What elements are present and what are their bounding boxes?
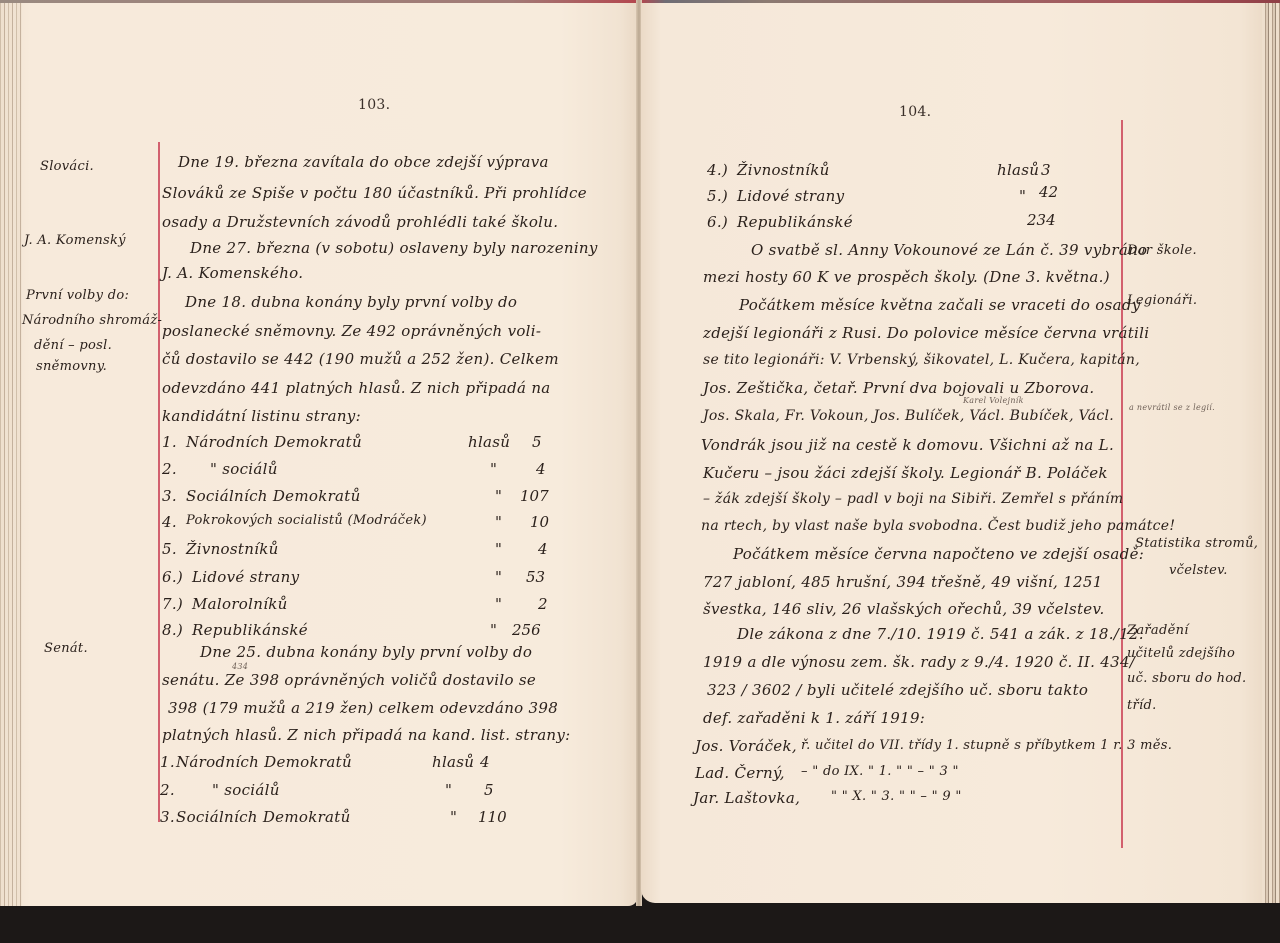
body-line: 1919 a dle výnosu zem. šk. rady z 9./4. …: [703, 653, 1135, 671]
result-party: Sociálních Demokratů: [186, 487, 361, 505]
result-no: 6.): [707, 213, 728, 231]
teacher-name: Jar. Laštovka,: [693, 789, 800, 807]
margin-note-volby-2: Národního shromáž-: [22, 313, 162, 328]
body-line: Kučeru – jsou žáci zdejší školy. Legioná…: [703, 464, 1108, 482]
result-no: 8.): [162, 621, 183, 639]
result-no: 5.): [707, 187, 728, 205]
margin-note-volby-4: sněmovny.: [36, 359, 107, 374]
result-votes: 10: [530, 513, 549, 531]
result-votes: 42: [1039, 183, 1058, 201]
teacher-name: Jos. Voráček,: [695, 737, 797, 755]
senate-line: senátu. Ze 398 oprávněných voličů dostav…: [162, 671, 536, 689]
result-party: Malorolníků: [192, 595, 288, 613]
result-votes: 234: [1027, 211, 1056, 229]
result-label: hlasů: [432, 753, 474, 771]
body-line: 727 jabloní, 485 hrušní, 394 třešně, 49 …: [703, 573, 1103, 591]
result-party: " sociálů: [210, 460, 278, 478]
result-no: 6.): [162, 568, 183, 586]
margin-note-dar-skole: Dar škole.: [1127, 243, 1197, 258]
result-party: Lidové strany: [192, 568, 299, 586]
body-line: – žák zdejší školy – padl v boji na Sibi…: [703, 491, 1123, 507]
body-line: O svatbě sl. Anny Vokounové ze Lán č. 39…: [751, 241, 1147, 259]
result-votes: 53: [526, 568, 545, 586]
body-line: 323 / 3602 / byli učitelé zdejšího uč. s…: [707, 681, 1088, 699]
senate-line: Dne 25. dubna konány byly první volby do: [200, 643, 532, 661]
page-number-right: 104.: [899, 104, 931, 120]
margin-note-zaradeni-1: Zařadění: [1127, 623, 1189, 638]
margin-note-komensky: J. A. Komenský: [24, 233, 126, 248]
result-no: 2.: [162, 460, 177, 478]
body-line: Dne 27. března (v sobotu) oslaveny byly …: [190, 239, 598, 257]
result-votes: 4: [536, 460, 546, 478]
page-stack-edge-left: [0, 3, 22, 906]
result-label: ": [490, 621, 497, 639]
result-votes: 5: [532, 433, 542, 451]
result-label: ": [450, 808, 457, 826]
page-number-left: 103.: [358, 97, 390, 113]
result-label: ": [495, 513, 502, 531]
result-no: 3.: [162, 487, 177, 505]
body-line: Vondrák jsou již na cestě k domovu. Všic…: [701, 436, 1114, 454]
result-no: 2.: [160, 781, 175, 799]
result-no: 4.): [707, 161, 728, 179]
body-line: def. zařaděni k 1. září 1919:: [703, 709, 925, 727]
right-page: 104. 4.) Živnostníků hlasů 3 5.) Lidové …: [641, 3, 1280, 903]
margin-note-slovaci: Slováci.: [40, 159, 94, 174]
margin-note-volby-3: dění – posl.: [34, 338, 112, 353]
margin-note-vcelstev: včelstev.: [1169, 563, 1228, 578]
result-no: 7.): [162, 595, 183, 613]
result-votes: 4: [538, 540, 548, 558]
result-votes: 256: [512, 621, 541, 639]
result-no: 1.: [162, 433, 177, 451]
margin-note-statistika: Statistika stromů,: [1135, 536, 1258, 551]
result-votes: 4: [480, 753, 490, 771]
result-label: ": [1019, 187, 1026, 205]
result-party: Republikánské: [737, 213, 853, 231]
margin-note-senat: Senát.: [44, 641, 88, 656]
result-label: ": [490, 460, 497, 478]
body-line: Slováků ze Spiše v počtu 180 účastníků. …: [162, 184, 587, 202]
margin-note-zaradeni-4: tříd.: [1127, 698, 1157, 713]
result-label: ": [445, 781, 452, 799]
teacher-name: Lad. Černý,: [695, 764, 785, 782]
interlinear-note: Karel Volejník: [963, 396, 1024, 405]
teacher-detail: – " do IX. " 1. " " – " 3 ": [801, 764, 959, 779]
body-line: mezi hosty 60 K ve prospěch školy. (Dne …: [703, 268, 1110, 286]
result-label: ": [495, 540, 502, 558]
result-votes: 3: [1041, 161, 1051, 179]
teacher-detail: ř. učitel do VII. třídy 1. stupně s příb…: [801, 738, 1172, 753]
body-line: na rtech, by vlast naše byla svobodna. Č…: [701, 518, 1175, 534]
result-party: Živnostníků: [186, 540, 279, 558]
body-line: Dne 18. dubna konány byly první volby do: [185, 293, 517, 311]
teacher-detail: " " X. " 3. " " – " 9 ": [831, 789, 962, 804]
result-party: Sociálních Demokratů: [176, 808, 351, 826]
result-votes: 5: [484, 781, 494, 799]
body-line: J. A. Komenského.: [162, 264, 303, 282]
result-no: 5.: [162, 540, 177, 558]
body-line: Dle zákona z dne 7./10. 1919 č. 541 a zá…: [737, 625, 1144, 643]
body-line: švestka, 146 sliv, 26 vlašských ořechů, …: [703, 600, 1105, 618]
result-label: ": [495, 487, 502, 505]
body-line: Počátkem měsíce června napočteno ve zdej…: [733, 545, 1144, 563]
body-line: osady a Družstevních závodů prohlédli ta…: [162, 213, 558, 231]
result-party: Lidové strany: [737, 187, 844, 205]
body-line: Jos. Skala, Fr. Vokoun, Jos. Bulíček, Vá…: [703, 408, 1114, 424]
body-line: zdejší legionáři z Rusi. Do polovice měs…: [703, 324, 1149, 342]
result-votes: 110: [478, 808, 507, 826]
margin-note-zaradeni-3: uč. sboru do hod.: [1127, 671, 1247, 686]
result-party: Pokrokových socialistů (Modráček): [186, 513, 427, 528]
result-party: Národních Demokratů: [176, 753, 352, 771]
result-label: ": [495, 568, 502, 586]
senate-correction: 434: [232, 662, 248, 671]
margin-note-nevratil: a nevrátil se z legií.: [1129, 403, 1215, 412]
left-page: 103. Slováci. J. A. Komenský První volby…: [0, 3, 638, 906]
result-party: Národních Demokratů: [186, 433, 362, 451]
result-label: hlasů: [997, 161, 1039, 179]
margin-note-legionari: Legionáři.: [1127, 293, 1197, 308]
body-line: čů dostavilo se 442 (190 mužů a 252 žen)…: [162, 350, 559, 368]
body-line: Počátkem měsíce května začali se vraceti…: [739, 296, 1141, 314]
result-votes: 107: [520, 487, 549, 505]
margin-note-volby-1: První volby do:: [26, 288, 129, 303]
margin-rule-left: [158, 142, 160, 822]
body-line: Jos. Zeštička, četař. První dva bojovali…: [703, 379, 1094, 397]
result-party: " sociálů: [212, 781, 280, 799]
body-line: kandidátní listinu strany:: [162, 407, 361, 425]
result-label: ": [495, 595, 502, 613]
result-party: Živnostníků: [737, 161, 830, 179]
page-stack-edge-right: [1262, 3, 1280, 903]
body-line: odevzdáno 441 platných hlasů. Z nich při…: [162, 379, 551, 397]
body-line: se tito legionáři: V. Vrbenský, šikovate…: [703, 352, 1140, 368]
result-no: 3.: [160, 808, 175, 826]
margin-note-zaradeni-2: učitelů zdejšího: [1127, 646, 1235, 661]
senate-line: 398 (179 mužů a 219 žen) celkem odevzdán…: [168, 699, 558, 717]
body-line: poslanecké sněmovny. Ze 492 oprávněných …: [162, 322, 541, 340]
result-no: 1.: [160, 753, 175, 771]
result-label: hlasů: [468, 433, 510, 451]
body-line: Dne 19. března zavítala do obce zdejší v…: [178, 153, 549, 171]
result-no: 4.: [162, 513, 177, 531]
senate-line: platných hlasů. Z nich připadá na kand. …: [162, 726, 571, 744]
result-votes: 2: [538, 595, 548, 613]
result-party: Republikánské: [192, 621, 308, 639]
